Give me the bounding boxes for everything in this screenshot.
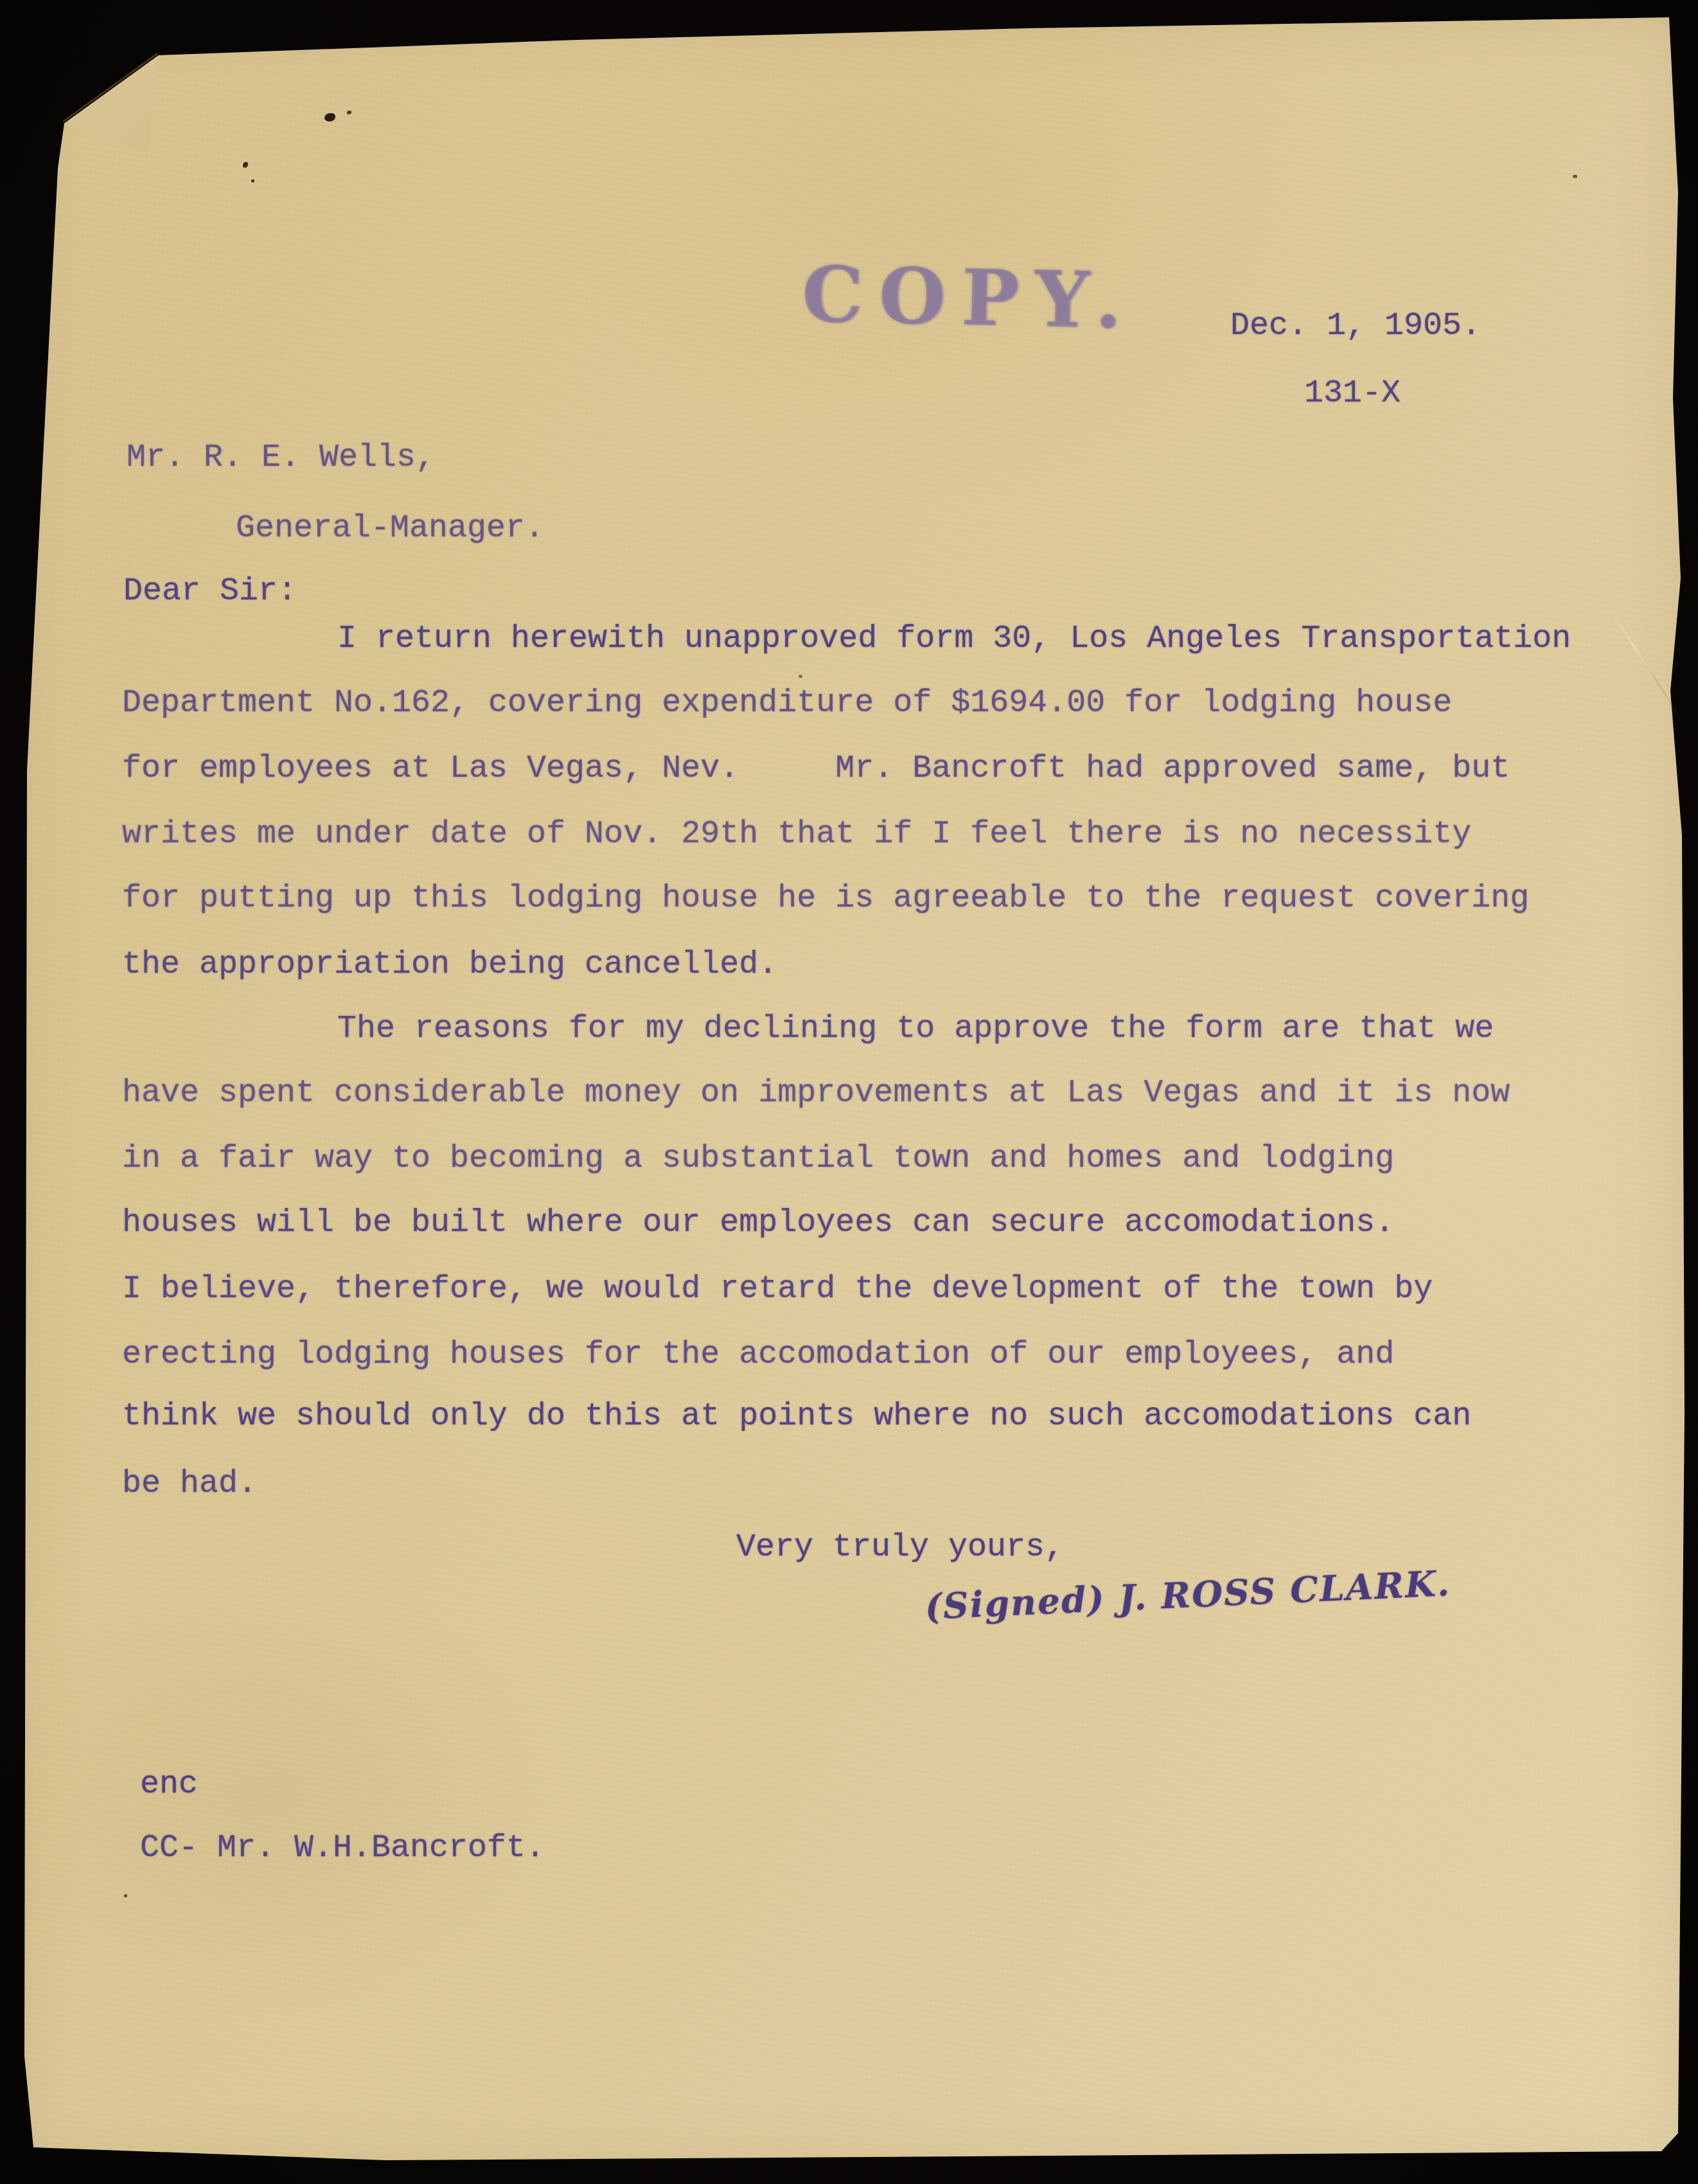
closing-line: Very truly yours, — [736, 1527, 1064, 1568]
body-line: in a fair way to becoming a substantial … — [122, 1138, 1394, 1180]
body-line: writes me under date of Nov. 29th that i… — [122, 813, 1471, 855]
salutation: Dear Sir: — [123, 571, 297, 612]
file-number: 131-X — [1304, 373, 1401, 414]
body-line: The reasons for my declining to approve … — [337, 1008, 1494, 1050]
body-line: think we should only do this at points w… — [122, 1396, 1471, 1437]
date-line: Dec. 1, 1905. — [1230, 305, 1481, 347]
body-line: houses will be built where our employees… — [122, 1202, 1394, 1244]
body-line: Department No.162, covering expenditure … — [122, 682, 1452, 724]
cc-line: CC- Mr. W.H.Bancroft. — [140, 1827, 545, 1869]
copy-stamp: COPY. — [801, 256, 1138, 341]
body-line: for putting up this lodging house he is … — [122, 878, 1529, 919]
recipient-title: General-Manager. — [236, 508, 544, 549]
body-line: be had. — [122, 1463, 257, 1505]
body-line: for employees at Las Vegas, Nev. Mr. Ban… — [122, 748, 1510, 790]
body-line: erecting lodging houses for the accomoda… — [122, 1334, 1394, 1376]
enclosure-note: enc — [140, 1764, 198, 1806]
recipient-name: Mr. R. E. Wells, — [127, 437, 435, 479]
body-line: the appropriation being cancelled. — [122, 944, 777, 986]
body-line: I return herewith unapproved form 30, Lo… — [337, 618, 1571, 660]
body-line: I believe, therefore, we would retard th… — [122, 1268, 1433, 1310]
body-line: have spent considerable money on improve… — [122, 1072, 1510, 1114]
scan-background: COPY. Dec. 1, 1905. 131-X Mr. R. E. Well… — [0, 0, 1698, 2184]
